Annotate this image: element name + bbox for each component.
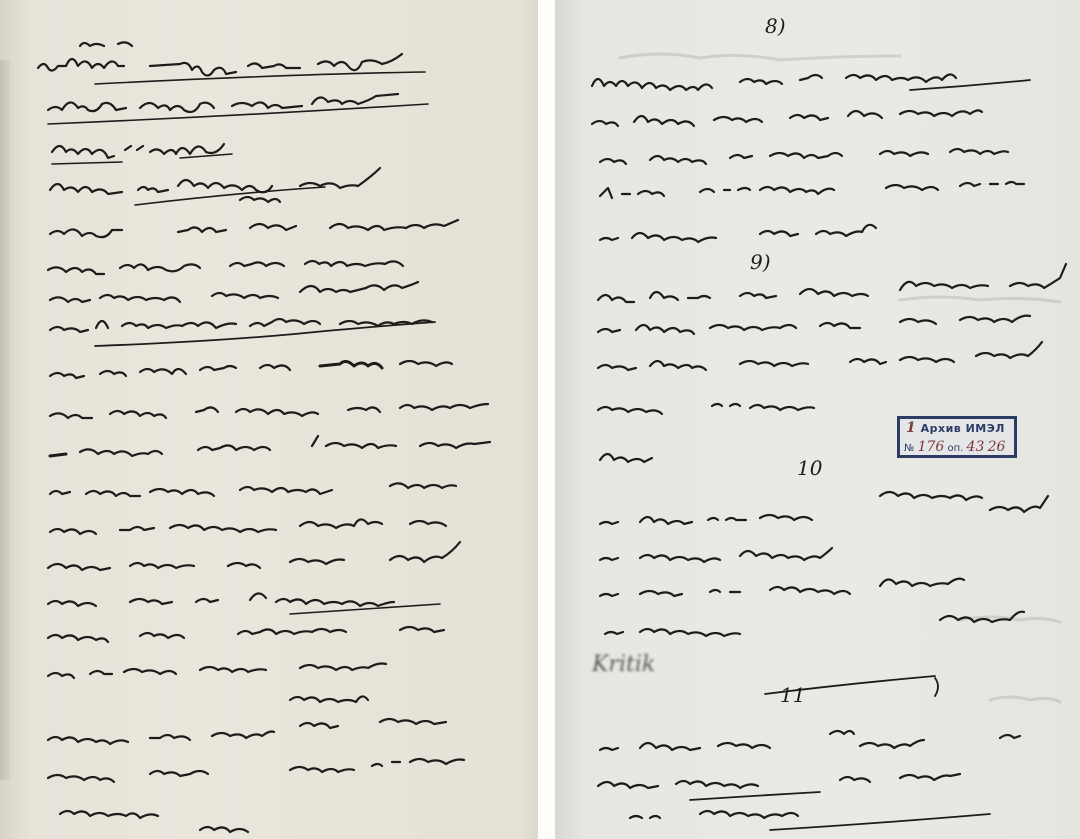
left-page-handwriting [0,0,538,839]
stamp-list-value: 26 [988,439,1006,455]
archive-stamp: 1 Архив ИМЭЛ № 176 оп. 43 26 [897,416,1017,458]
stamp-title: Архив ИМЭЛ [921,422,1005,435]
stamp-opis-value: 176 [918,439,945,455]
stamp-fond-value: 1 [906,420,916,436]
section-number-9: 9) [750,250,771,274]
left-manuscript-page [0,0,538,839]
section-number-8: 8) [765,14,786,38]
stamp-opis-prefix: № [904,443,914,454]
page-gutter [538,0,555,839]
stamp-delo-prefix: оп. [948,443,964,454]
margin-smudge: Kritik [592,652,655,677]
section-number-11: 11 [780,683,805,707]
section-number-10: 10 [797,456,822,480]
stamp-delo-value: 43 [967,439,985,455]
